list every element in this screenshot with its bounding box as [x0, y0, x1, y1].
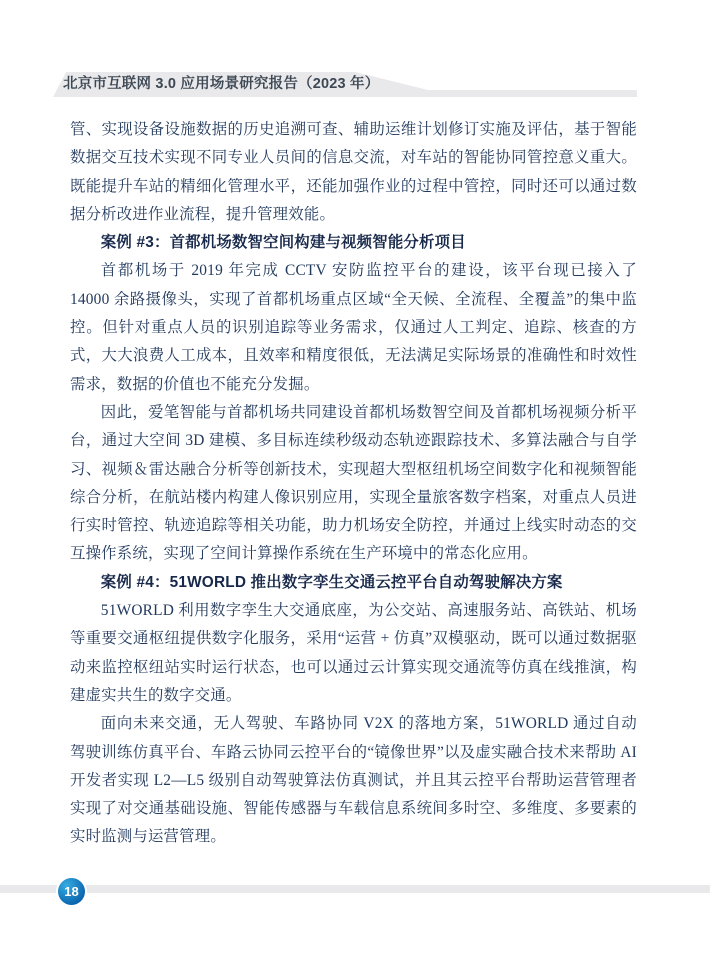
page-number-badge: 18: [58, 878, 85, 905]
case4-heading: 案例 #4：51WORLD 推出数字孪生交通云控平台自动驾驶解决方案: [70, 569, 637, 597]
report-title: 北京市互联网 3.0 应用场景研究报告（2023 年）: [63, 72, 379, 97]
case3-heading: 案例 #3：首都机场数智空间构建与视频智能分析项目: [70, 229, 637, 257]
footer-rule: [0, 885, 710, 893]
case3-paragraph-1: 首都机场于 2019 年完成 CCTV 安防监控平台的建设，该平台现已接入了 1…: [70, 257, 637, 398]
paragraph-intro-continued: 管、实现设备设施数据的历史追溯可查、辅助运维计划修订实施及评估，基于智能数据交互…: [70, 116, 637, 229]
document-page: 北京市互联网 3.0 应用场景研究报告（2023 年） 管、实现设备设施数据的历…: [0, 0, 710, 956]
case4-paragraph-1: 51WORLD 利用数字孪生大交通底座，为公交站、高速服务站、高铁站、机场等重要…: [70, 597, 637, 710]
case3-paragraph-2: 因此，爱笔智能与首都机场共同建设首都机场数智空间及首都机场视频分析平台，通过大空…: [70, 399, 637, 569]
page-header: 北京市互联网 3.0 应用场景研究报告（2023 年）: [0, 0, 710, 100]
case4-paragraph-2: 面向未来交通，无人驾驶、车路协同 V2X 的落地方案，51WORLD 通过自动驾…: [70, 710, 637, 851]
header-swoosh-shape: [0, 0, 710, 100]
page-body: 管、实现设备设施数据的历史追溯可查、辅助运维计划修订实施及评估，基于智能数据交互…: [70, 116, 637, 852]
